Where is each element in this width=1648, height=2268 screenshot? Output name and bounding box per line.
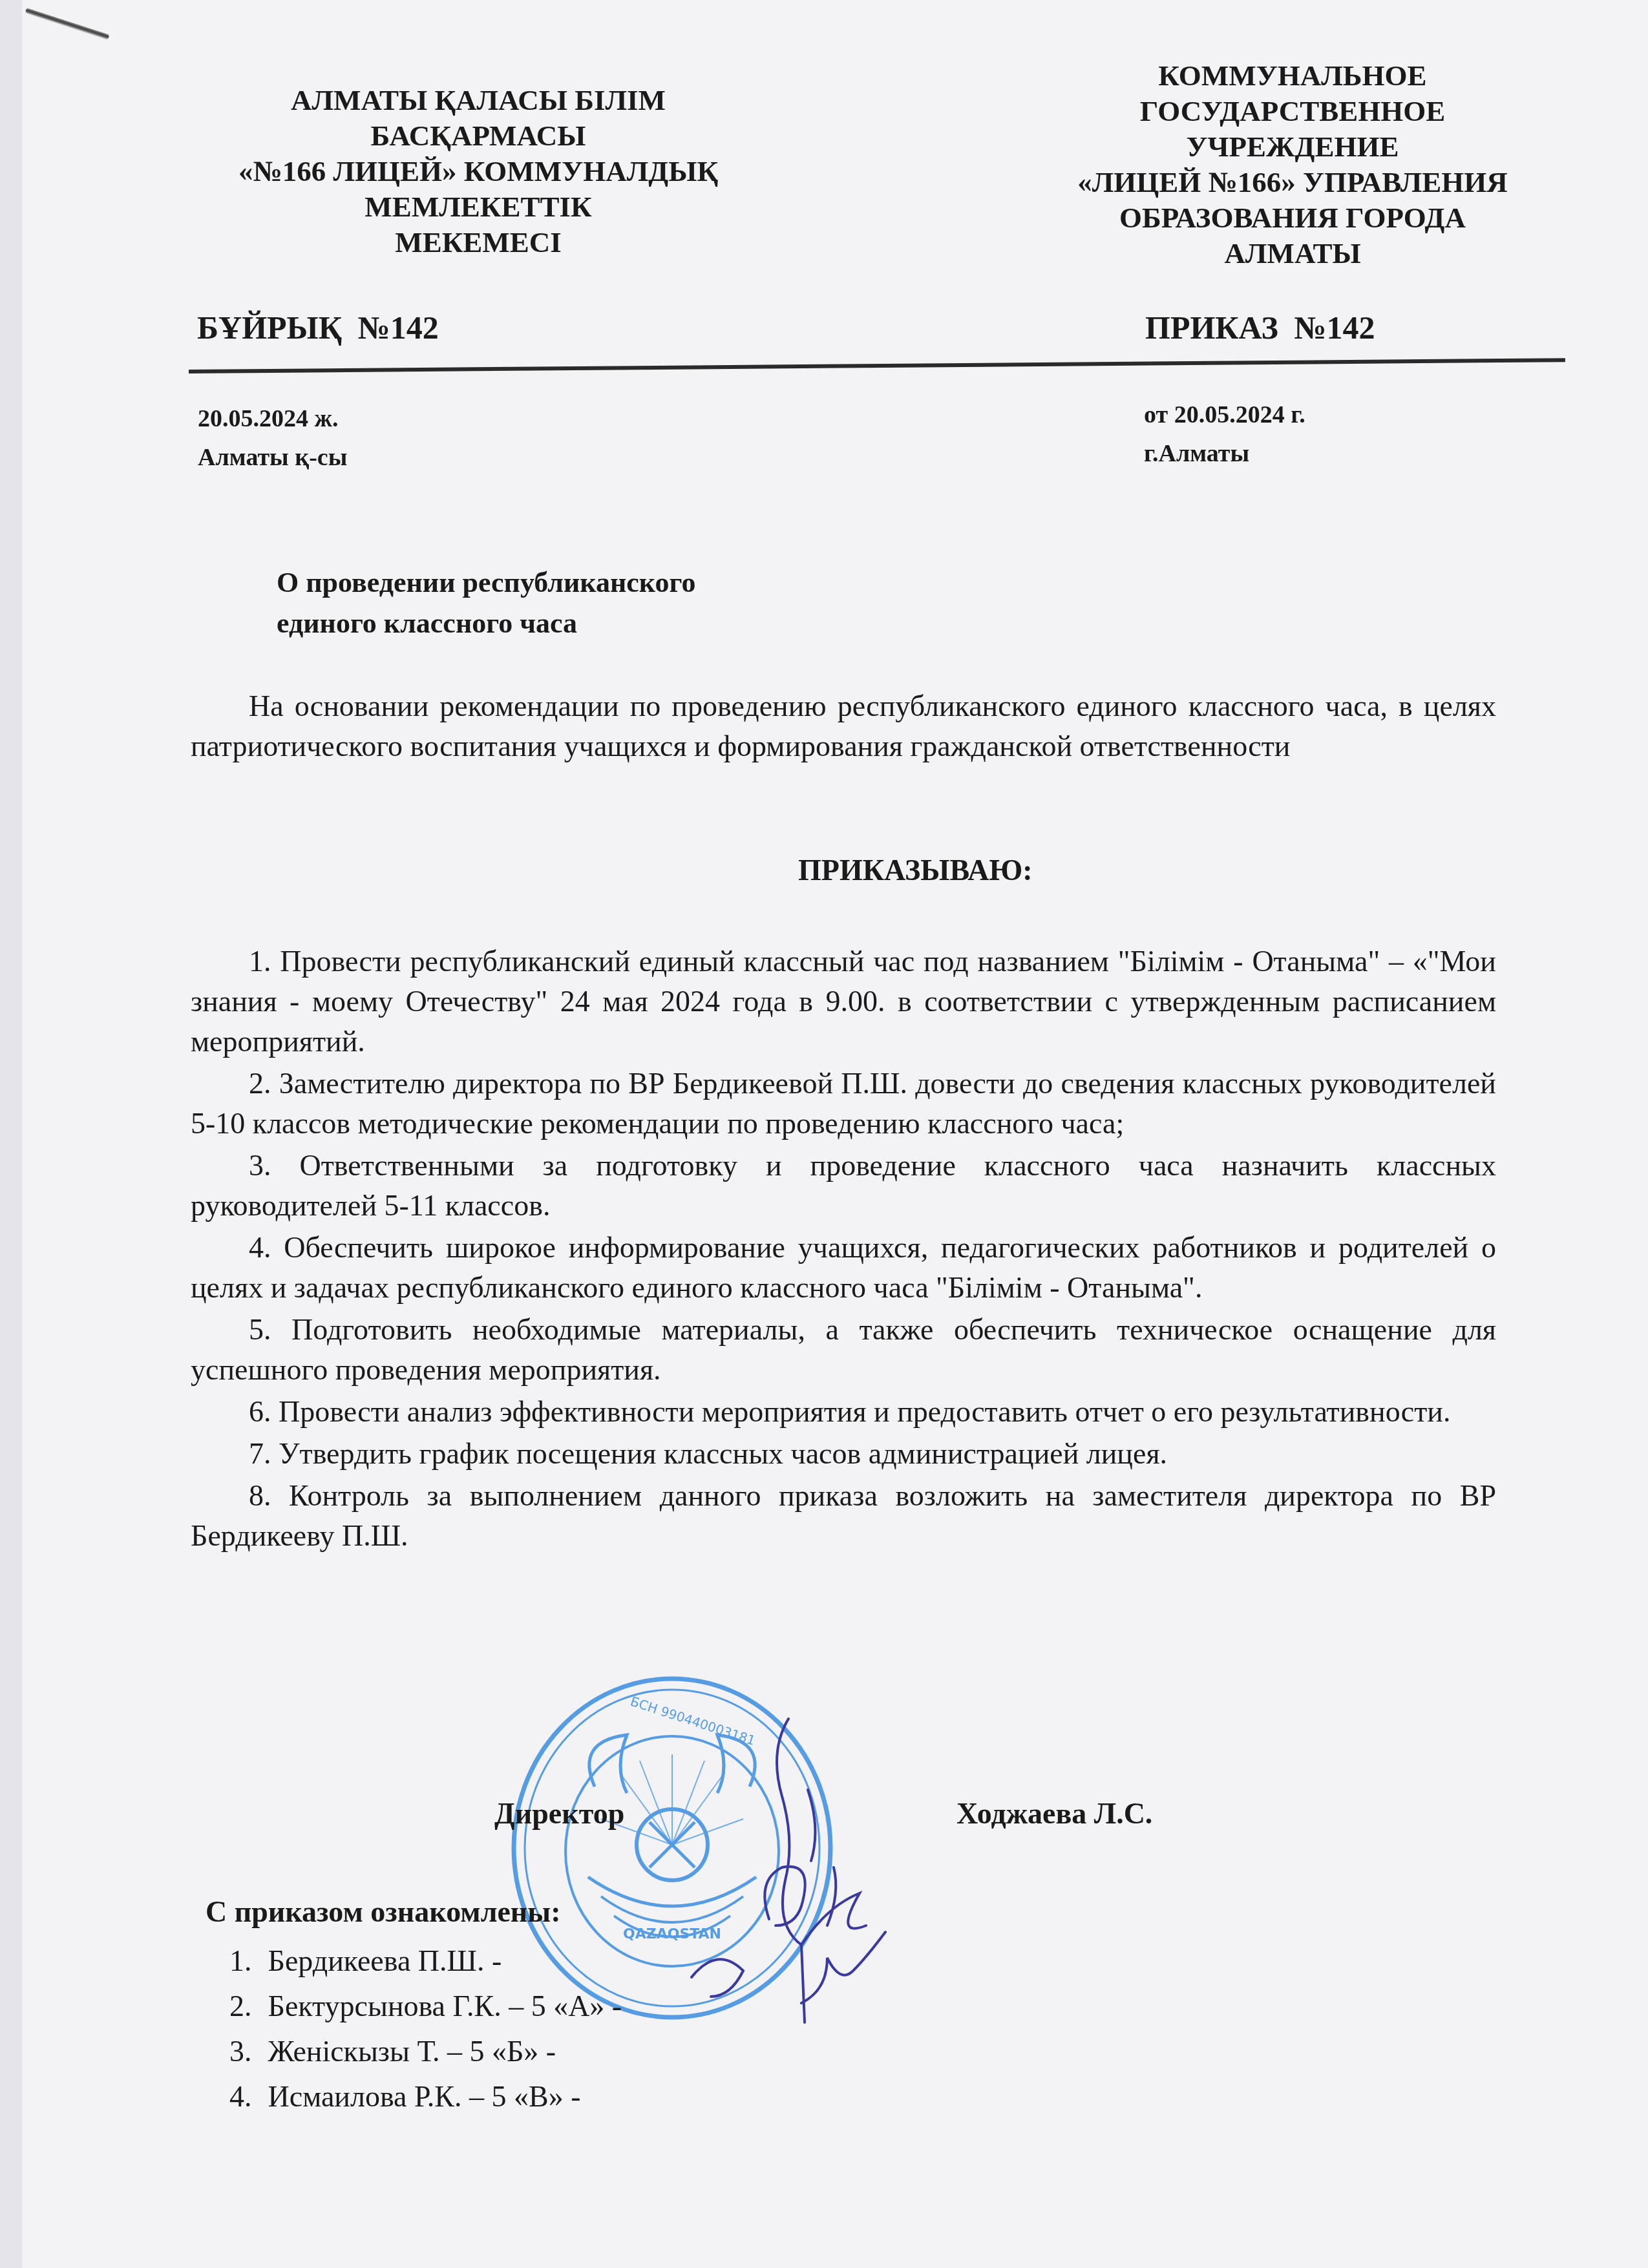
acknowledgement-list: 1. Бердикеева П.Ш. - 2. Бектурсынова Г.К… (229, 1938, 622, 2119)
order-number-kz: БҰЙРЫҚ №142 (197, 309, 439, 346)
order-item: 7. Утвердить график посещения классных ч… (191, 1434, 1496, 1474)
acknowledgement-item: 4. Исмаилова Р.К. – 5 «В» - (229, 2074, 622, 2119)
order-items: 1. Провести республиканский единый класс… (191, 941, 1496, 1558)
header-right-line: «ЛИЦЕЙ №166» УПРАВЛЕНИЯ (1008, 165, 1577, 200)
header-divider (189, 358, 1565, 373)
date-block-kz: 20.05.2024 ж. Алматы қ-сы (198, 399, 347, 477)
staple-mark (25, 8, 110, 39)
order-city-kz: Алматы қ-сы (198, 438, 347, 477)
acknowledgement-item: 3. Женіскызы Т. – 5 «Б» - (229, 2029, 622, 2074)
header-left-line: «№166 ЛИЦЕЙ» КОММУНАЛДЫҚ (194, 154, 763, 189)
header-right-line: КОММУНАЛЬНОЕ (1008, 58, 1577, 94)
acknowledgement-number: 1. (229, 1938, 260, 1984)
order-date-kz: 20.05.2024 ж. (198, 399, 347, 438)
acknowledgement-number: 4. (229, 2074, 260, 2119)
order-item: 4. Обеспечить широкое информирование уча… (191, 1228, 1496, 1308)
header-left-institution: АЛМАТЫ ҚАЛАСЫ БІЛІМ БАСҚАРМАСЫ «№166 ЛИЦ… (194, 83, 763, 260)
acknowledgement-person: Бектурсынова Г.К. – 5 «А» - (268, 1990, 622, 2022)
acknowledgement-person: Бердикеева П.Ш. - (268, 1944, 502, 1977)
header-left-line: МЕМЛЕКЕТТІК (194, 189, 763, 225)
order-date-ru: от 20.05.2024 г. (1144, 395, 1305, 434)
acknowledgement-number: 2. (229, 1984, 260, 2029)
header-left-line: АЛМАТЫ ҚАЛАСЫ БІЛІМ (194, 83, 763, 118)
header-left-line: МЕКЕМЕСІ (194, 225, 763, 260)
header-right-line: ГОСУДАРСТВЕННОЕ (1008, 94, 1577, 129)
signatory-name: Ходжаева Л.С. (956, 1796, 1152, 1831)
header-right-line: УЧРЕЖДЕНИЕ (1008, 129, 1577, 165)
acknowledgement-person: Исмаилова Р.К. – 5 «В» - (268, 2080, 581, 2113)
preamble-paragraph: На основании рекомендации по проведению … (191, 686, 1496, 766)
header-right-line: ОБРАЗОВАНИЯ ГОРОДА (1008, 200, 1577, 236)
order-number-ru: ПРИКАЗ №142 (1145, 309, 1375, 346)
order-city-ru: г.Алматы (1144, 434, 1305, 473)
acknowledgement-item: 1. Бердикеева П.Ш. - (229, 1938, 622, 1984)
subject-line: О проведении республиканского (277, 562, 696, 603)
header-left-line: БАСҚАРМАСЫ (194, 118, 763, 154)
order-item: 3. Ответственными за подготовку и провед… (191, 1146, 1496, 1226)
header-right-line: АЛМАТЫ (1008, 236, 1577, 271)
acknowledgement-person: Женіскызы Т. – 5 «Б» - (268, 2035, 556, 2068)
order-item: 2. Заместителю директора по ВР Бердикеев… (191, 1064, 1496, 1144)
handwritten-signature-icon (672, 1712, 956, 2048)
scan-page-edge (0, 0, 22, 2268)
date-block-ru: от 20.05.2024 г. г.Алматы (1144, 395, 1305, 473)
acknowledgement-heading: С приказом ознакомлены: (206, 1895, 561, 1929)
subject-line: единого классного часа (277, 603, 696, 644)
order-subject: О проведении республиканского единого кл… (277, 562, 696, 644)
acknowledgement-number: 3. (229, 2029, 260, 2074)
signatory-title: Директор (494, 1796, 624, 1831)
order-item: 6. Провести анализ эффективности меропри… (191, 1392, 1496, 1432)
order-item: 1. Провести республиканский единый класс… (191, 941, 1496, 1062)
header-right-institution: КОММУНАЛЬНОЕ ГОСУДАРСТВЕННОЕ УЧРЕЖДЕНИЕ … (1008, 58, 1577, 271)
order-heading: ПРИКАЗЫВАЮ: (798, 853, 1033, 887)
acknowledgement-item: 2. Бектурсынова Г.К. – 5 «А» - (229, 1984, 622, 2029)
order-item: 8. Контроль за выполнением данного прика… (191, 1476, 1496, 1556)
order-item: 5. Подготовить необходимые материалы, а … (191, 1310, 1496, 1390)
